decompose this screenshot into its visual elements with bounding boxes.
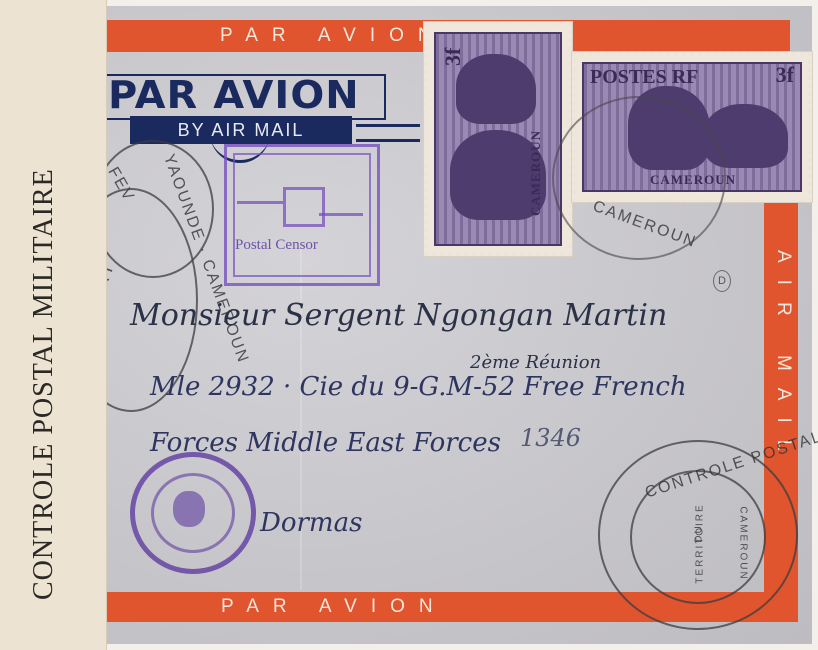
address-number: 1346 [520,424,581,452]
postal-censor-label: Postal Censor [235,237,318,254]
elephant-icon [456,54,536,124]
stamp-cameroun-vertical: 3f CAMEROUN [424,22,572,256]
purple-seal-stamp [130,452,256,574]
seal-emblem-icon [173,491,205,527]
corner-mark: D [713,270,731,292]
postmark-stamp-cancel: CAMEROUN [552,96,726,260]
airmail-label-title: PAR AVION [108,74,360,116]
censor-strip-text: CONTROLE POSTAL MILITAIRE [28,168,60,600]
postmark-controle-center-2: DU [694,524,705,542]
stamp-overprint: POSTES RF [590,66,698,89]
border-bottom-text: PAR AVION [221,596,447,618]
postmark-controle-center-1: TERRITOIRE [695,503,706,583]
postal-censor-stamp: Postal Censor [224,144,380,286]
airmail-label-lines [356,124,420,142]
postmark-stamp-cancel-text: CAMEROUN [590,198,699,252]
address-line-1: Monsieur Sergent Ngongan Martin [130,298,667,333]
stamp-value: 3f [776,62,794,88]
address-line-4: Dormas [260,508,362,538]
censor-strip: CONTROLE POSTAL MILITAIRE [0,0,107,650]
stamp-value: 3f [440,48,466,66]
address-note: 2ème Réunion [470,352,601,373]
address-line-2: Mle 2932 · Cie du 9-G.M-52 Free French [150,372,687,402]
postmark-controle-center-3: CAMEROUN [738,506,749,580]
postmark-controle-postal: CONTROLE POSTAL ★ V TERRITOIRE DU CAMERO… [598,440,798,630]
border-top-text: PAR AVION [220,25,446,47]
stamp-country: CAMEROUN [528,130,544,216]
